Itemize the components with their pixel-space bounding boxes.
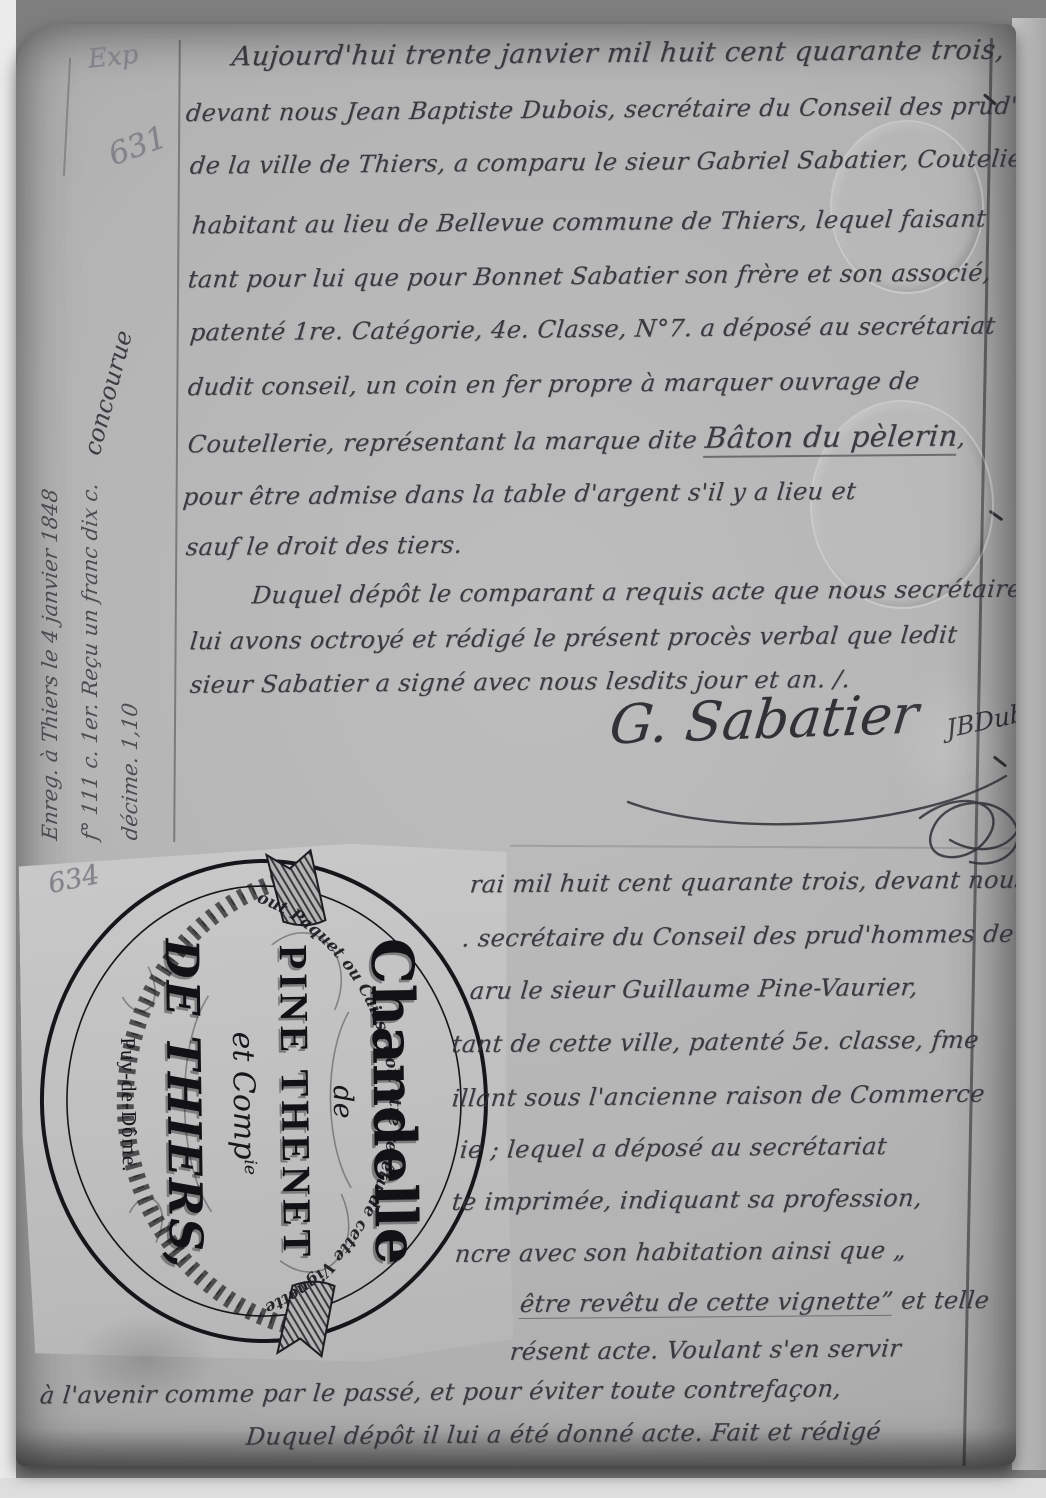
act2-bottom-line: à l'avenir comme par le passé, et pour é…: [39, 1374, 843, 1409]
registration-line: f° 111 c. 1er. Reçu un franc dix c.: [70, 77, 110, 843]
act1-line: lui avons octroyé et rédigé le présent p…: [189, 621, 959, 656]
act2-line: rai mil huit cent quarante trois, devant…: [469, 866, 1016, 899]
vignette-rotated-design: Tout Paquet ou Caisse doit être revêtu d…: [18, 842, 513, 1367]
brand-co-line: et Compie: [225, 1031, 262, 1175]
vignette-artwork: Tout Paquet ou Caisse doit être revêtu d…: [18, 842, 513, 1367]
brand-co: et Comp: [225, 1031, 262, 1159]
manuscript-page: Exp 631 Enreg. à Thiers le 4 janvier 184…: [16, 24, 1016, 1466]
photo-edge-left: [0, 0, 16, 1478]
act2-line: ncre avec son habitation ainsi que „: [454, 1236, 908, 1268]
brand-place: DE THIERS,: [155, 936, 214, 1270]
act1-line: Aujourd'hui trente janvier mil huit cent…: [231, 35, 1007, 73]
signature-flourish: [620, 740, 1016, 880]
brand-script: Chandelle: [358, 937, 431, 1264]
act2-line: tant de cette ville, patenté 5e. classe,…: [451, 1026, 981, 1059]
margin-registration-note: Enreg. à Thiers le 4 janvier 1848 f° 111…: [30, 80, 150, 840]
act2-line: ie ; lequel a déposé au secrétariat: [459, 1132, 889, 1164]
margin-fold-line: [173, 40, 181, 842]
brand-name: PINE THENET: [271, 945, 320, 1261]
brand-co-sup: ie: [240, 1159, 260, 1175]
act2-line-vignette: être revêtu de cette vignette” et telle: [519, 1286, 991, 1318]
act1-line: sauf le droit des tiers.: [185, 531, 464, 561]
brand-de: de: [327, 1085, 358, 1119]
brand-dept: Puy-de-Dôme.: [116, 1037, 142, 1172]
act2-line: te imprimée, indiquant sa profession,: [451, 1184, 924, 1216]
printed-vignette-label: Tout Paquet ou Caisse doit être revêtu d…: [18, 842, 513, 1367]
pencil-exp-mark: Exp: [87, 39, 140, 74]
act2-line: illant sous l'ancienne raison de Commerc…: [451, 1080, 987, 1113]
act2-line: résent acte. Voulant s'en servir: [509, 1334, 903, 1365]
photo-edge-bottom: [0, 1478, 1046, 1498]
photographed-archival-document: { "document": { "archival_marks": { "exp…: [0, 0, 1046, 1498]
act1-line: pour être admise dans la table d'argent …: [182, 477, 858, 511]
act2-line: aru le sieur Guillaume Pine-Vaurier,: [469, 973, 920, 1005]
act2-underlined: être revêtu de cette vignette”: [519, 1287, 895, 1319]
act2-bottom-line: Duquel dépôt il lui a été donné acte. Fa…: [245, 1417, 883, 1451]
book-fore-edge: [1012, 18, 1046, 1470]
trademark-name: Bâton du pèlerin: [703, 419, 959, 458]
registration-line: Enreg. à Thiers le 4 janvier 1848: [30, 77, 70, 843]
act1-line: dudit conseil, un coin en fer propre à m…: [187, 367, 921, 401]
signature-dubois-name: JBDubois: [945, 690, 1016, 743]
act1-line8-pre: Coutellerie, représentant la marque dite: [186, 426, 706, 459]
registration-line: décime. 1,10: [110, 77, 150, 843]
act1-line-trademark: Coutellerie, représentant la marque dite…: [186, 419, 967, 460]
act1-line: patenté 1re. Catégorie, 4e. Classe, N°7.…: [189, 311, 997, 346]
signature-dubois: JBDuboisSre: [945, 685, 1016, 743]
act2-line9-rest: et telle: [892, 1286, 991, 1315]
act2-line: . secrétaire du Conseil des prud'hommes …: [461, 919, 1016, 952]
act1-line: tant pour lui que pour Bonnet Sabatier s…: [187, 258, 993, 293]
